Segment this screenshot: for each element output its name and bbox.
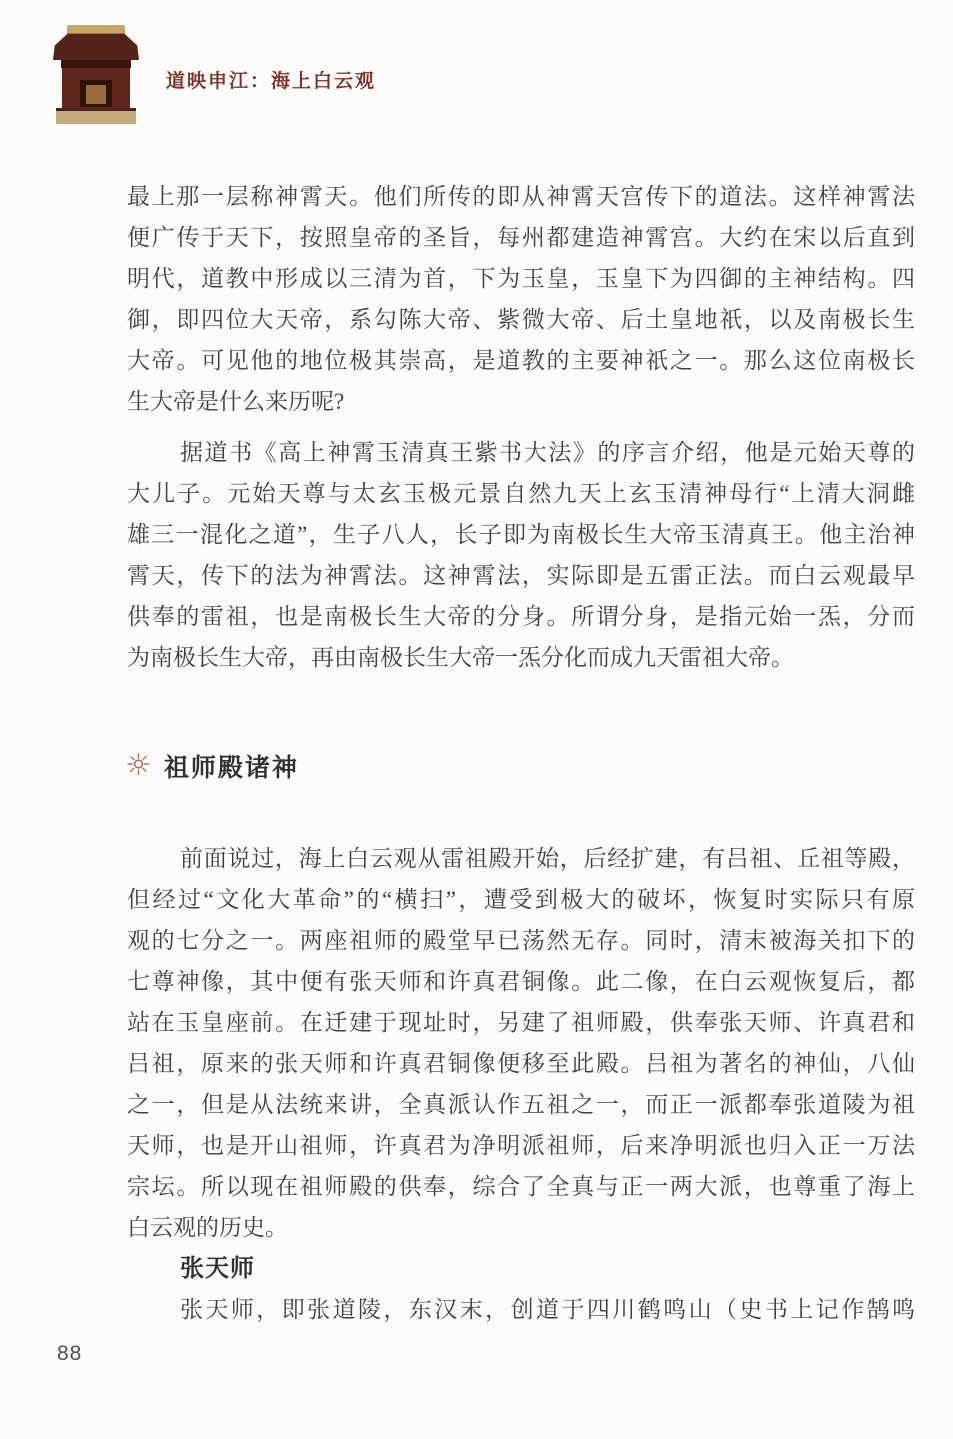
temple-roof (53, 32, 139, 60)
text-line: 观的七分之一。两座祖师的殿堂早已荡然无存。同时，清末被海关扣下的 (127, 920, 915, 961)
text-line: 张天师，即张道陵，东汉末，创道于四川鹤鸣山（史书上记作鹄鸣 (127, 1289, 915, 1330)
text-line: 之一，但是从法统来讲，全真派认作五祖之一，而正一派都奉张道陵为祖 (127, 1084, 915, 1125)
body-text-upper: 最上那一层称神霄天。他们所传的即从神霄天宫传下的道法。这样神霄法 便广传于天下，… (127, 176, 915, 678)
text-line: 吕祖，原来的张天师和许真君铜像便移至此殿。吕祖为著名的神仙，八仙 (127, 1043, 915, 1084)
body-text-lower: 前面说过，海上白云观从雷祖殿开始，后经扩建，有吕祖、丘祖等殿， 但经过“文化大革… (127, 838, 915, 1330)
text-line: 供奉的雷祖，也是南极长生大帝的分身。所谓分身，是指元始一炁，分而 (127, 596, 915, 637)
temple-panel (86, 85, 107, 105)
book-page: 道映申江：海上白云观 最上那一层称神霄天。他们所传的即从神霄天宫传下的道法。这样… (0, 0, 953, 1439)
text-line: 大儿子。元始天尊与太玄玉极元景自然九天上玄玉清神母行“上清大洞雌 (127, 473, 915, 514)
paragraph-1: 最上那一层称神霄天。他们所传的即从神霄天宫传下的道法。这样神霄法 便广传于天下，… (127, 176, 915, 422)
text-line: 最上那一层称神霄天。他们所传的即从神霄天宫传下的道法。这样神霄法 (127, 176, 915, 217)
temple-base (56, 108, 135, 124)
section-heading: ☼ 祖师殿诸神 (125, 748, 299, 784)
text-line: 白云观的历史。 (127, 1207, 915, 1248)
paragraph-4: 张天师，即张道陵，东汉末，创道于四川鹤鸣山（史书上记作鹄鸣 (127, 1289, 915, 1330)
text-line: 宗坛。所以现在祖师殿的供奉，综合了全真与正一两大派，也尊重了海上 (127, 1166, 915, 1207)
text-line: 明代，道教中形成以三清为首，下为玉皇，玉皇下为四御的主神结构。四 (127, 258, 915, 299)
subsection-title: 张天师 (127, 1248, 915, 1289)
page-number: 88 (57, 1342, 82, 1366)
temple-roof-ridge (67, 25, 125, 35)
text-line: 便广传于天下，按照皇帝的圣旨，每州都建造神霄宫。大约在宋以后直到 (127, 217, 915, 258)
text-line: 站在玉皇座前。在迁建于现址时，另建了祖师殿，供奉张天师、许真君和 (127, 1002, 915, 1043)
text-line: 大帝。可见他的地位极其崇高，是道教的主要神祇之一。那么这位南极长 (127, 340, 915, 381)
temple-frieze (61, 60, 132, 68)
section-title: 祖师殿诸神 (164, 748, 299, 784)
temple-body (62, 68, 129, 108)
text-line: 据道书《高上神霄玉清真王紫书大法》的序言介绍，他是元始天尊的 (127, 432, 915, 473)
paragraph-2: 据道书《高上神霄玉清真王紫书大法》的序言介绍，他是元始天尊的 大儿子。元始天尊与… (127, 432, 915, 678)
text-line: 为南极长生大帝，再由南极长生大帝一炁分化而成九天雷祖大帝。 (127, 637, 915, 678)
sun-ornament-icon: ☼ (125, 748, 152, 784)
running-head-title: 道映申江：海上白云观 (166, 66, 376, 93)
temple-door (80, 80, 112, 107)
text-line: 但经过“文化大革命”的“横扫”，遭受到极大的破坏，恢复时实际只有原 (127, 879, 915, 920)
text-line: 生大帝是什么来历呢? (127, 381, 915, 422)
temple-photo (53, 20, 139, 124)
text-line: 霄天，传下的法为神霄法。这神霄法，实际即是五雷正法。而白云观最早 (127, 555, 915, 596)
text-line: 天师，也是开山祖师，许真君为净明派祖师，后来净明派也归入正一万法 (127, 1125, 915, 1166)
text-line: 七尊神像，其中便有张天师和许真君铜像。此二像，在白云观恢复后，都 (127, 961, 915, 1002)
text-line: 前面说过，海上白云观从雷祖殿开始，后经扩建，有吕祖、丘祖等殿， (127, 838, 915, 879)
paragraph-3: 前面说过，海上白云观从雷祖殿开始，后经扩建，有吕祖、丘祖等殿， 但经过“文化大革… (127, 838, 915, 1248)
text-line: 雄三一混化之道”，生子八人，长子即为南极长生大帝玉清真王。他主治神 (127, 514, 915, 555)
text-line: 御，即四位大天帝，系勾陈大帝、紫微大帝、后土皇地祇，以及南极长生 (127, 299, 915, 340)
